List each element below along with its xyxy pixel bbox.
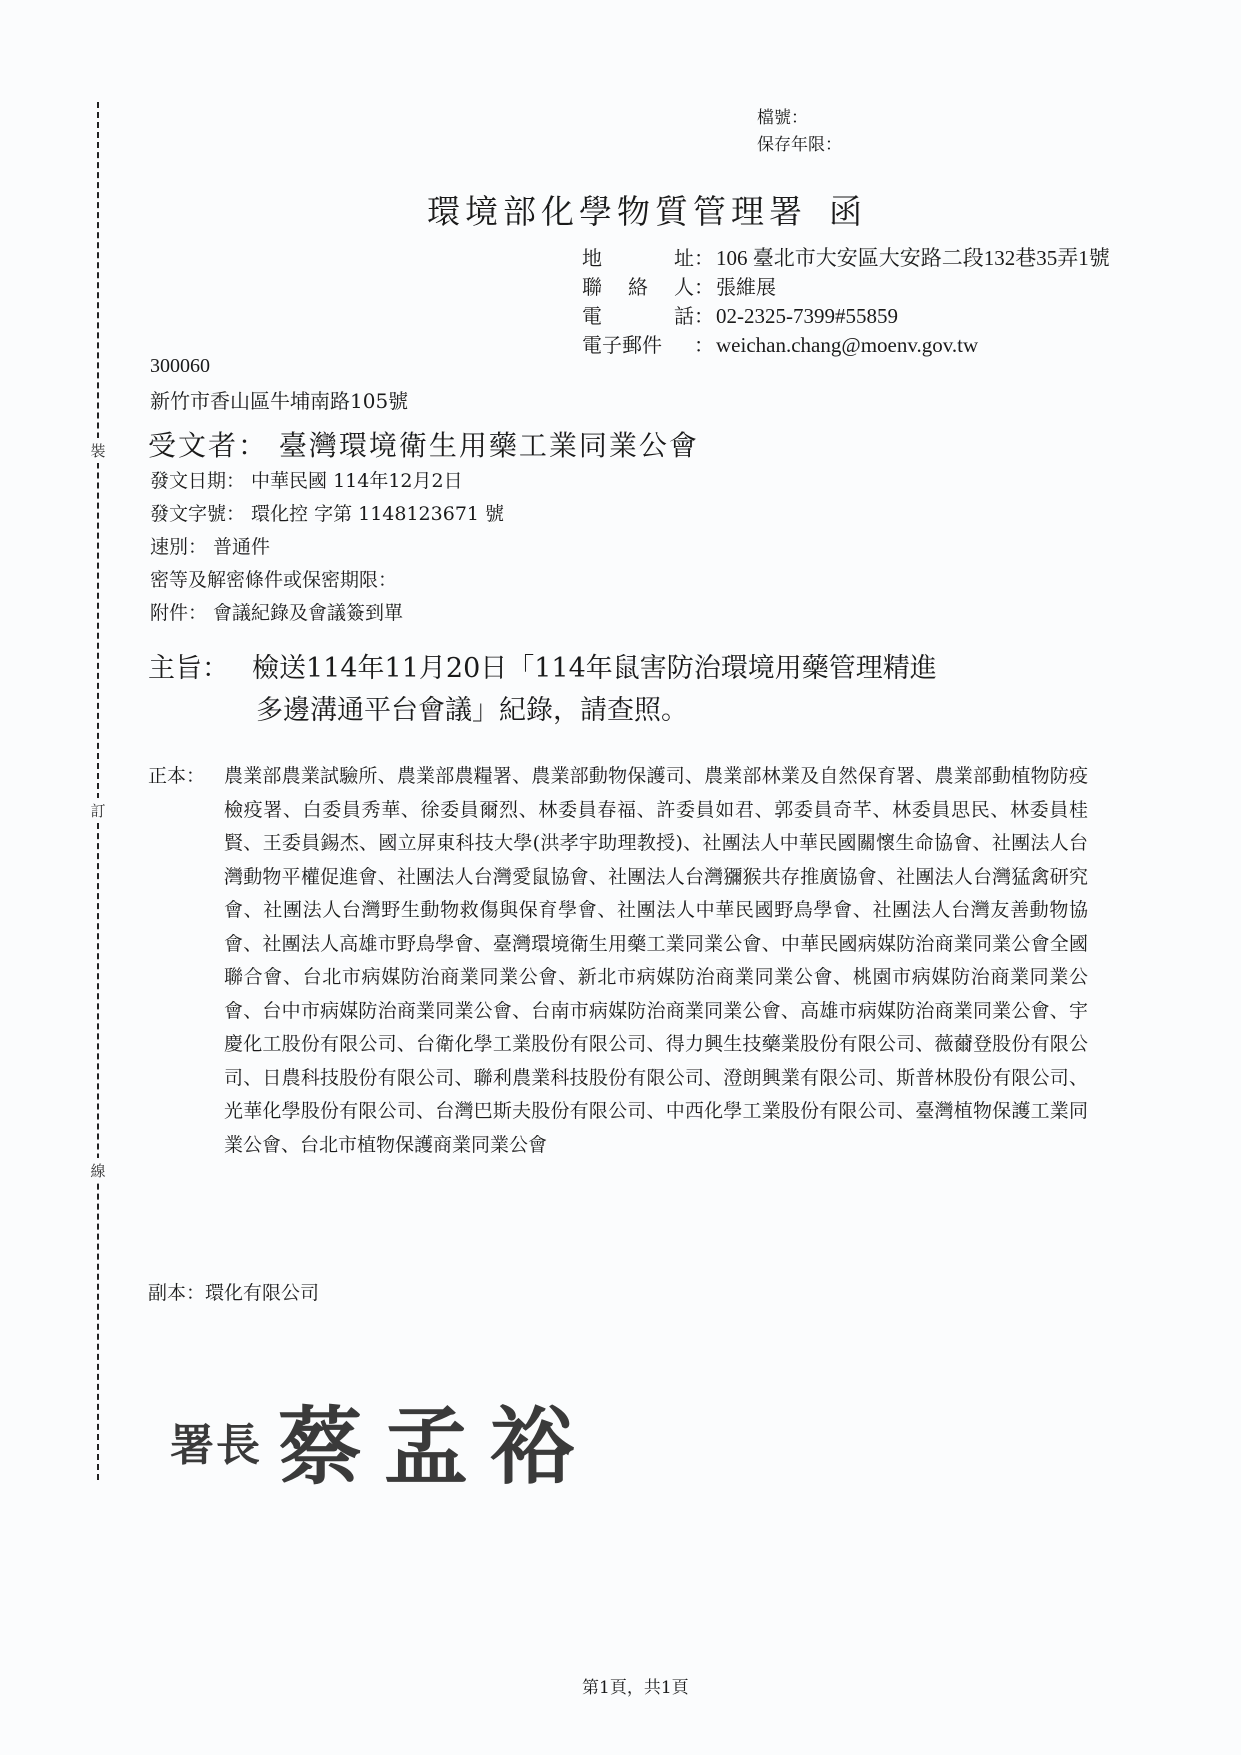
phone-value: 02-2325-7399#55859 <box>714 302 898 331</box>
address-value: 106 臺北市大安區大安路二段132巷35弄1號 <box>714 244 1110 273</box>
recipient-label: 受文者： <box>148 429 268 462</box>
subject-line-2: 多邊溝通平台會議」紀錄，請查照。 <box>148 690 937 732</box>
file-number-label: 檔號： <box>757 105 842 132</box>
copy-label: 副本： <box>148 1282 205 1304</box>
contact-phone-row: 電話：02-2325-7399#55859 <box>582 302 1110 331</box>
signature-stamp: 署長 蔡孟裕 <box>170 1380 596 1501</box>
retention-period-label: 保存年限： <box>757 132 842 159</box>
page-number: 第1頁，共1頁 <box>582 1673 689 1698</box>
email-link[interactable]: weichan.chang@moenv.gov.tw <box>714 331 978 360</box>
copy-list: 環化有限公司 <box>205 1282 319 1304</box>
original-recipients-label: 正本： <box>148 760 205 794</box>
classification: 密等及解密條件或保密期限： <box>150 564 504 597</box>
signatory-name: 蔡孟裕 <box>278 1380 596 1501</box>
contact-person-value: 張維展 <box>714 273 776 302</box>
document-type: 函 <box>829 192 867 231</box>
phone-label: 電話 <box>582 302 694 331</box>
binding-char-xian: 線 <box>87 1158 109 1183</box>
address-label: 地址 <box>582 244 694 273</box>
subject-label: 主旨： <box>148 648 252 690</box>
binding-margin-line <box>97 102 99 1480</box>
contact-address-row: 地址：106 臺北市大安區大安路二段132巷35弄1號 <box>582 244 1110 273</box>
agency-name: 環境部化學物質管理署 <box>427 192 807 231</box>
recipient-address: 新竹市香山區牛埔南路105號 <box>150 385 408 414</box>
signatory-title: 署長 <box>170 1409 262 1473</box>
contact-person-label: 聯絡人 <box>582 273 694 302</box>
document-number: 發文字號： 環化控 字第 1148123671 號 <box>150 498 504 531</box>
copy-recipients: 副本：環化有限公司 <box>148 1278 319 1305</box>
original-recipients-block: 正本： 農業部農業試驗所、農業部農糧署、農業部動物保護司、農業部林業及自然保育署… <box>148 760 1088 1162</box>
file-info: 檔號： 保存年限： <box>757 105 842 159</box>
contact-email-row: 電子郵件：weichan.chang@moenv.gov.tw <box>582 331 1110 360</box>
binding-char-ding: 訂 <box>87 798 109 823</box>
recipient-zip: 300060 <box>150 355 210 378</box>
email-label: 電子郵件 <box>582 331 694 360</box>
priority: 速別： 普通件 <box>150 531 504 564</box>
document-meta: 發文日期： 中華民國 114年12月2日 發文字號： 環化控 字第 114812… <box>150 465 504 630</box>
subject-block: 主旨：檢送114年11月20日「114年鼠害防治環境用藥管理精進 多邊溝通平台會… <box>148 648 937 732</box>
original-recipients-list: 農業部農業試驗所、農業部農糧署、農業部動物保護司、農業部林業及自然保育署、農業部… <box>224 760 1088 1162</box>
subject-line-1: 檢送114年11月20日「114年鼠害防治環境用藥管理精進 <box>252 653 937 684</box>
document-title: 環境部化學物質管理署函 <box>427 186 867 233</box>
issue-date: 發文日期： 中華民國 114年12月2日 <box>150 465 504 498</box>
sender-contact-block: 地址：106 臺北市大安區大安路二段132巷35弄1號 聯絡人：張維展 電話：0… <box>582 244 1110 360</box>
attachments[interactable]: 附件： 會議紀錄及會議簽到單 <box>150 597 504 630</box>
contact-person-row: 聯絡人：張維展 <box>582 273 1110 302</box>
recipient-name: 臺灣環境衛生用藥工業同業公會 <box>279 429 699 462</box>
recipient-line: 受文者： 臺灣環境衛生用藥工業同業公會 <box>148 424 699 464</box>
binding-char-zhuang: 裝 <box>87 438 109 463</box>
